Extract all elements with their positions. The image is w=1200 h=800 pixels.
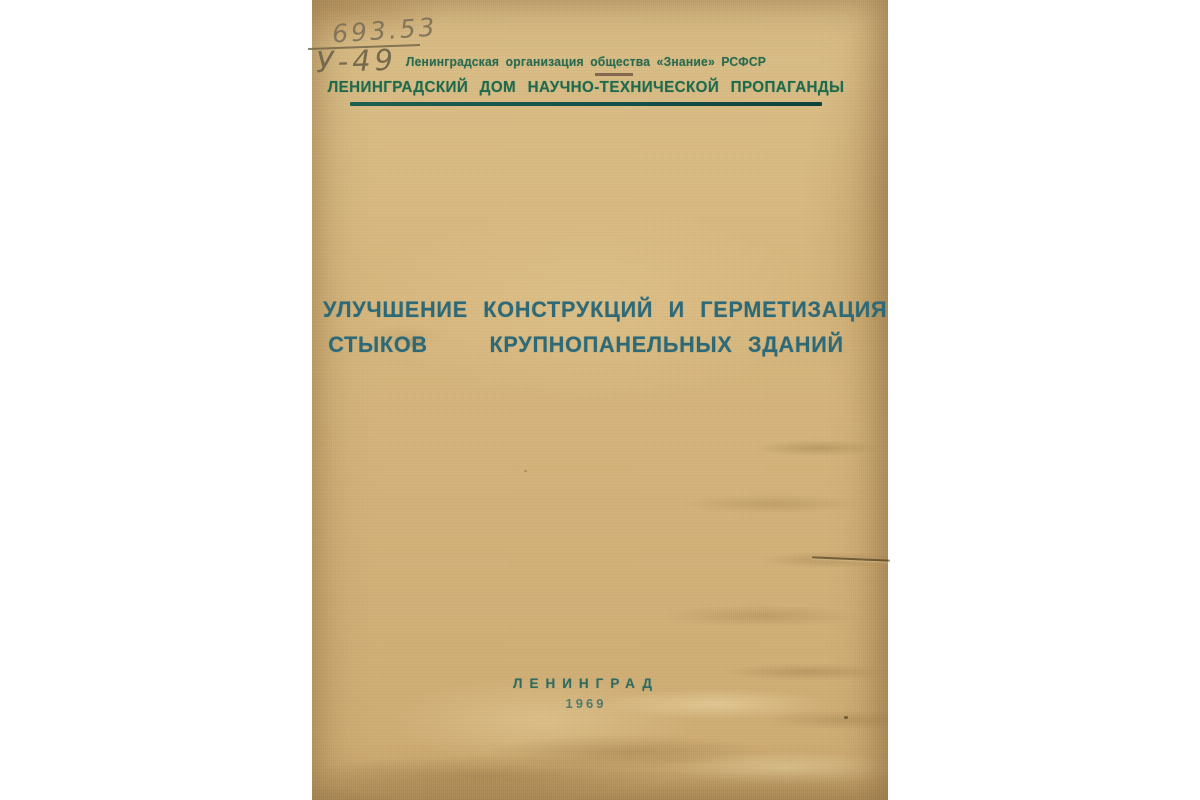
stray-print-mark [595, 73, 633, 76]
book-title-line1: УЛУЧШЕНИЕ КОНСТРУКЦИЙ И ГЕРМЕТИЗАЦИЯ [323, 297, 887, 322]
ink-speck [524, 470, 527, 472]
ink-speck [844, 716, 848, 719]
header-rule [350, 102, 822, 106]
imprint-city: ЛЕНИНГРАД [312, 676, 860, 691]
scan-page: 693.53 У-49 Ленинградская организация об… [0, 0, 1200, 800]
paper-crease [812, 556, 890, 561]
book-title-line2: СТЫКОВ КРУПНОПАНЕЛЬНЫХ ЗДАНИЙ [328, 332, 844, 357]
book-title: УЛУЧШЕНИЕ КОНСТРУКЦИЙ И ГЕРМЕТИЗАЦИЯСТЫК… [323, 292, 849, 362]
publisher-organization-line: ЛЕНИНГРАДСКИЙ ДОМ НАУЧНО-ТЕХНИЧЕСКОЙ ПРО… [317, 79, 854, 97]
printed-content: Ленинградская организация общества «Знан… [312, 0, 888, 800]
paper-grain-texture [312, 0, 888, 800]
publisher-society-line: Ленинградская организация общества «Знан… [320, 55, 852, 69]
paper-smudge [408, 338, 422, 348]
imprint-year: 1969 [312, 696, 860, 711]
library-shelf-mark: У-49 [315, 43, 397, 80]
book-cover: 693.53 У-49 Ленинградская организация об… [312, 0, 888, 800]
